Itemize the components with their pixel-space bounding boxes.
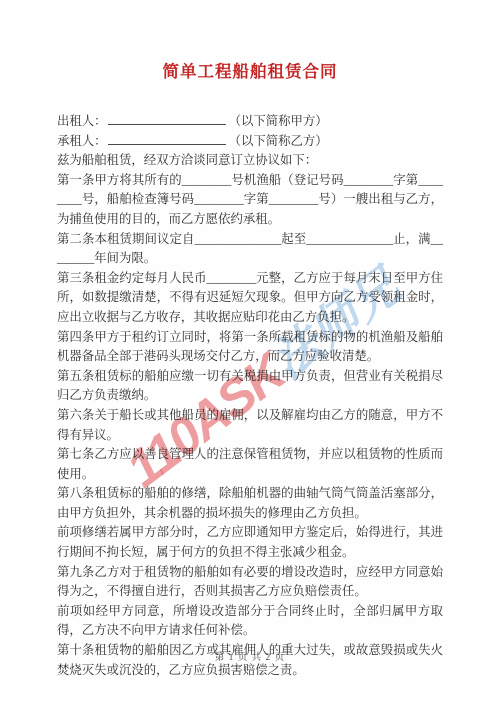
clause-5: 第五条租赁标的船舶应缴一切有关税捐由甲方负责，但营业有关税捐尽归乙方负责缴纳。	[57, 367, 443, 406]
clause-3: 第三条租金约定每月人民币________元整，乙方应于每月末日至甲方住所，如数提…	[57, 269, 443, 328]
lessor-line: 出租人：（以下简称甲方）	[57, 112, 443, 132]
clause-9: 第九条乙方对于租赁物的船舶如有必要的增设改造时，应经甲方同意始得为之，不得擅自进…	[57, 563, 443, 602]
clause-8-proviso: 前项修缮若属甲方部分时，乙方应即通知甲方鉴定后，始得进行，其进行期间不拘长短，属…	[57, 523, 443, 562]
lessee-suffix: （以下简称乙方）	[229, 134, 328, 148]
lessor-blank-field	[108, 112, 226, 125]
lessor-suffix: （以下简称甲方）	[229, 114, 328, 128]
lessee-label: 承租人：	[57, 134, 107, 148]
contract-page: 110ASK法师兄 简单工程船舶租赁合同 出租人：（以下简称甲方） 承租人：（以…	[0, 0, 500, 706]
clause-8: 第八条租赁标的船舶的修缮，除船舶机器的曲轴气筒气筒盖活塞部分，由甲方负担外，其余…	[57, 484, 443, 523]
clause-2: 第二条本租赁期间议定自______________起至_____________…	[57, 230, 443, 269]
clause-1: 第一条甲方将其所有的________号机渔船（登记号码________字第___…	[57, 171, 443, 230]
lessee-line: 承租人：（以下简称乙方）	[57, 132, 443, 152]
preamble: 兹为船舶租赁，经双方洽谈同意订立协议如下：	[57, 151, 443, 171]
document-title: 简单工程船舶租赁合同	[0, 58, 500, 82]
lessor-label: 出租人：	[57, 114, 107, 128]
clause-4: 第四条甲方于租约订立同时，将第一条所载租赁标的物的机渔船及船舶机器备品全部于港码…	[57, 328, 443, 367]
clause-7: 第七条乙方应以善良管理人的注意保管租赁物，并应以租赁物的性质而使用。	[57, 445, 443, 484]
page-number: 第 1 页 共 2 页	[0, 649, 500, 663]
clause-9-proviso: 前项如经甲方同意，所增设改造部分于合同终止时，全部归属甲方取得，乙方决不向甲方请…	[57, 602, 443, 641]
lessee-blank-field	[108, 132, 226, 145]
clause-6: 第六条关于船长或其他船员的雇佣，以及解雇均由乙方的随意，甲方不得有异议。	[57, 406, 443, 445]
document-body: 出租人：（以下简称甲方） 承租人：（以下简称乙方） 兹为船舶租赁，经双方洽谈同意…	[57, 112, 443, 680]
